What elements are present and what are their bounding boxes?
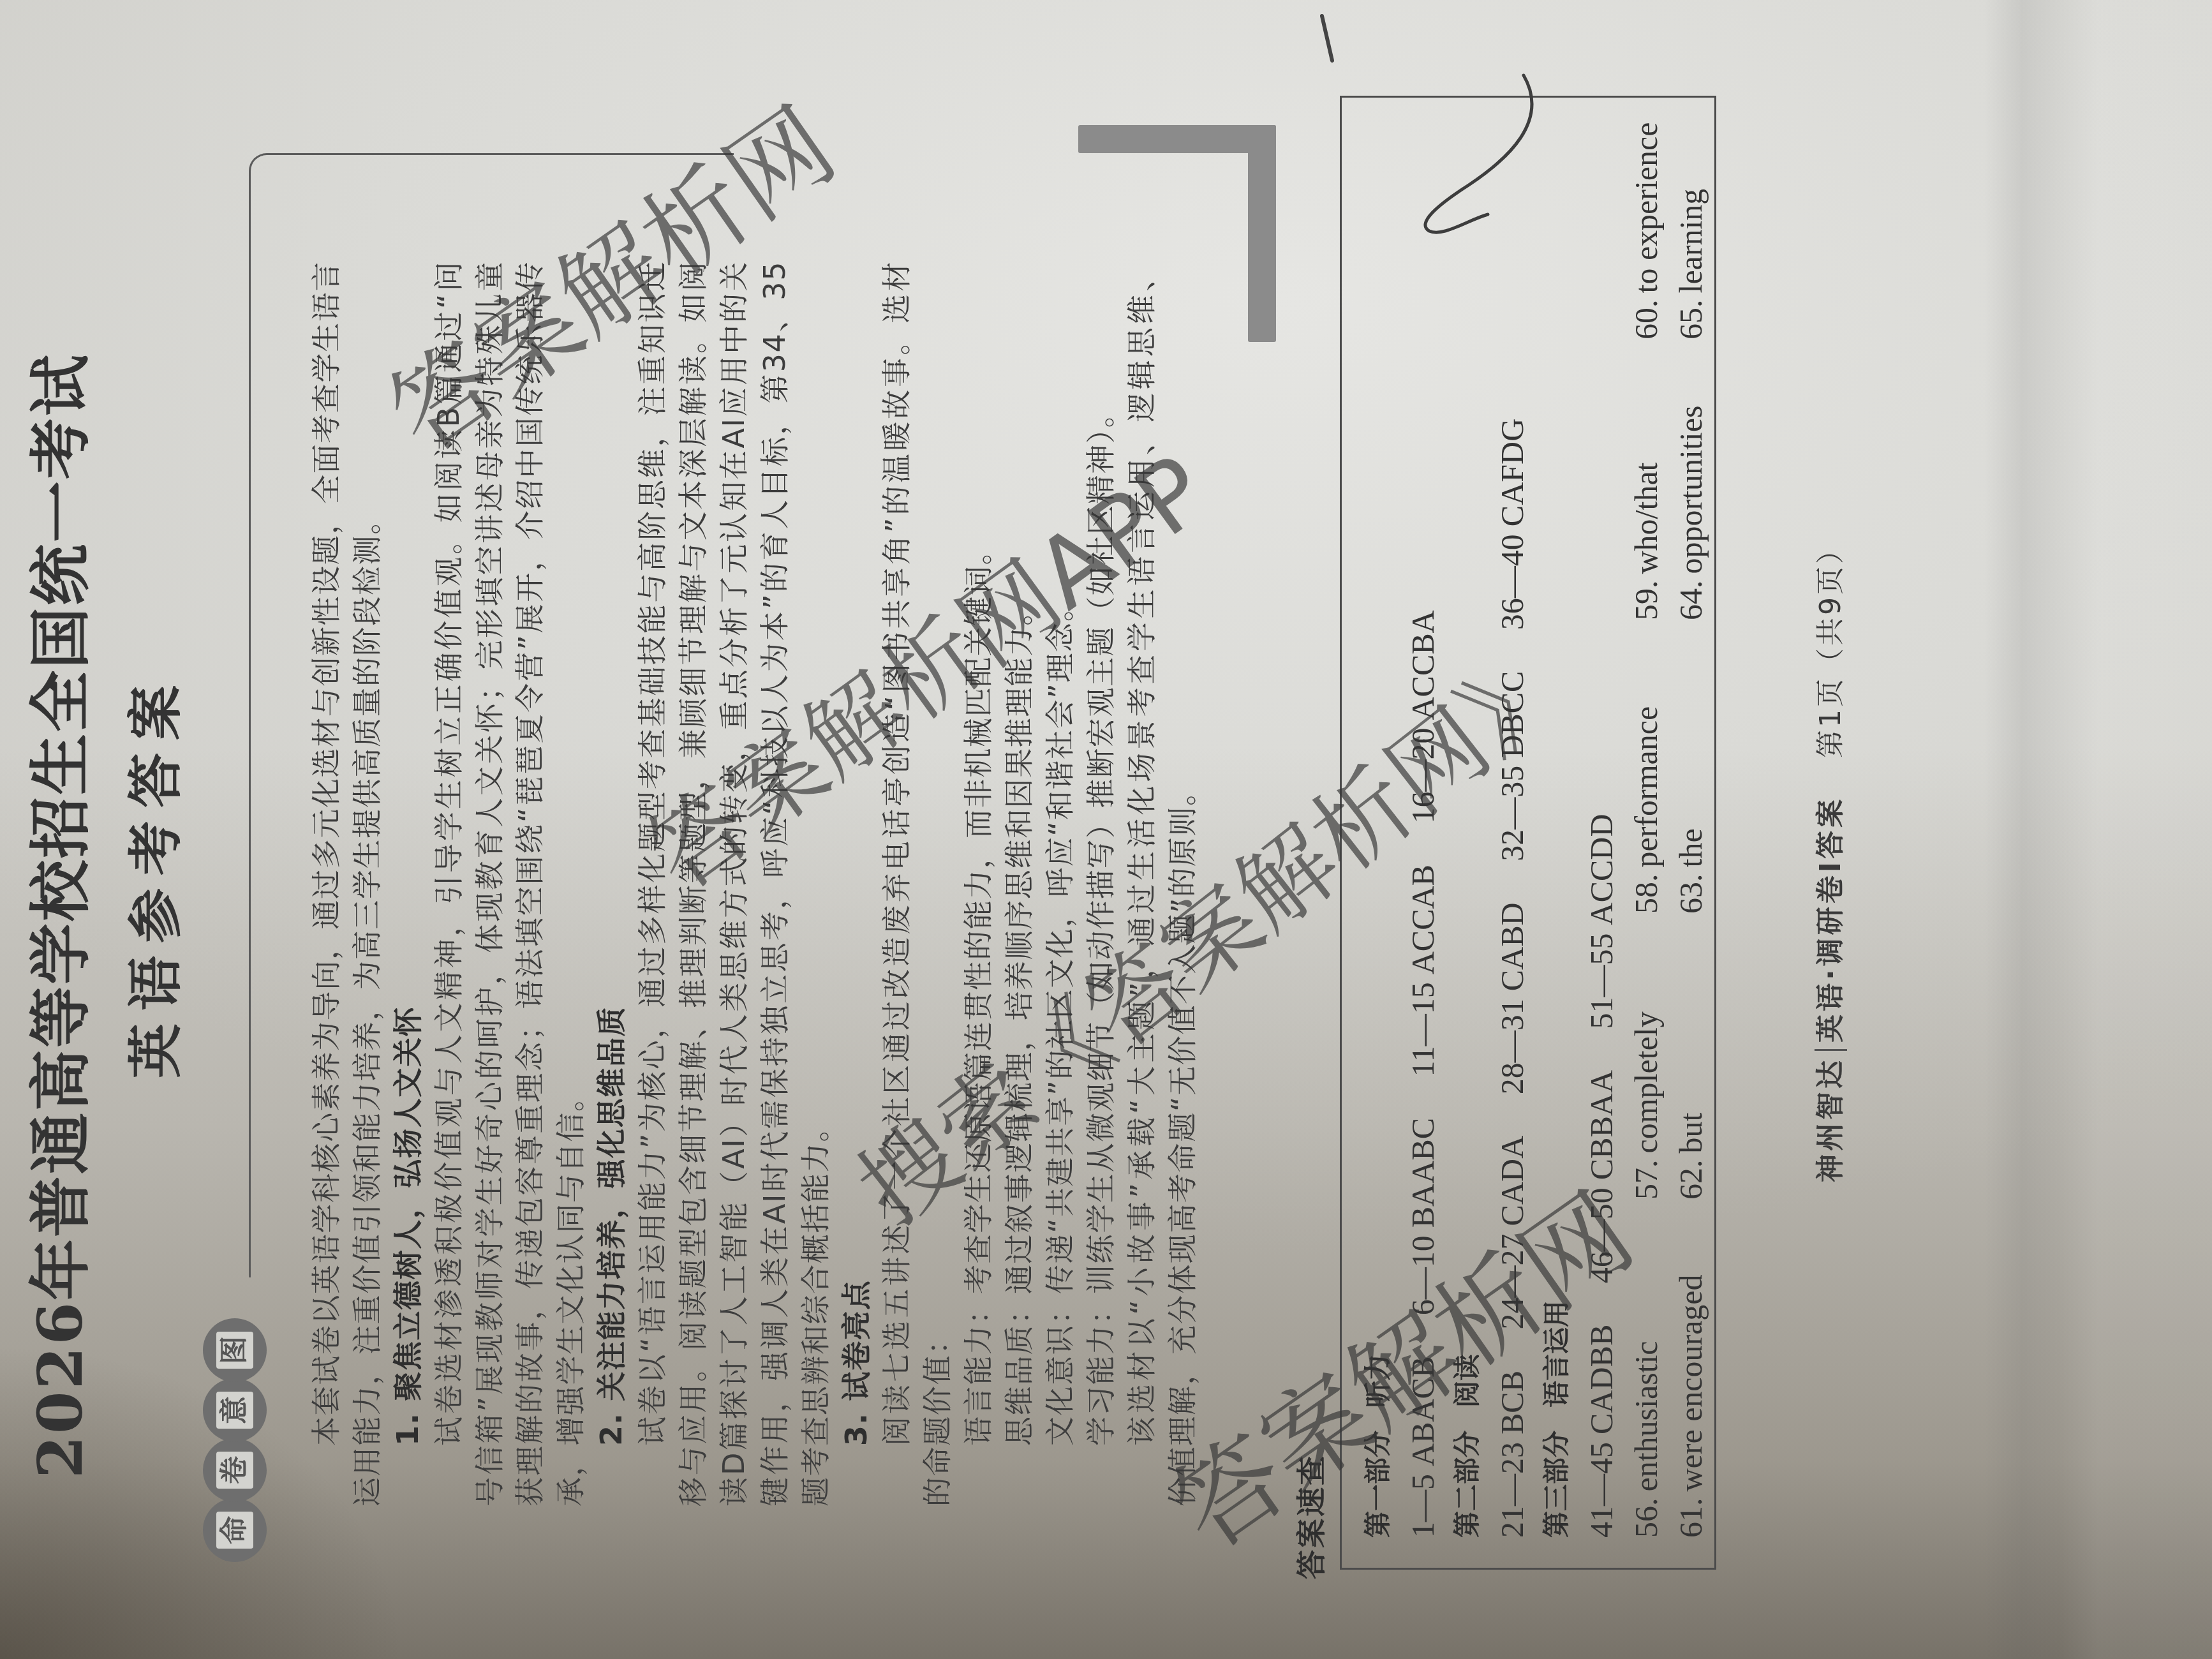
answer-letters: CADA [1494, 1136, 1530, 1226]
answer-word: the [1673, 828, 1709, 867]
footer-brand: 神州智达 [1815, 1049, 1847, 1182]
commentary-line: 试卷选材渗透积极价值观与人文精神，引导学生树立正确价值观。如阅读B篇通过“问 [429, 261, 470, 1506]
part-number: 第三部分 [1541, 1431, 1572, 1538]
answer-word: opportunities [1673, 406, 1709, 574]
fill-in-answer: 65.learning [1668, 98, 1713, 339]
answer-group: 36—40CAFDG [1494, 419, 1530, 630]
answer-row: 41—45CADBB 46—50CBBAA 51—55ACCDD [1579, 98, 1624, 1538]
commentary-line: 阅读七选五讲述了一个社区通过改造废弃电话亭创造“图书共享角”的温暖故事。选材 [877, 261, 917, 1506]
badge-char: 意 [216, 1392, 253, 1429]
badge-char: 图 [216, 1332, 253, 1369]
part-label: 第三部分语言运用 [1534, 98, 1579, 1538]
answer-group: 11—15ACCAB [1405, 865, 1441, 1076]
corner-bracket-vertical [1078, 125, 1276, 153]
answer-group: 51—55ACCDD [1584, 814, 1619, 1029]
section-heading: 3. 试卷亮点 [836, 261, 877, 1506]
commentary-body: 本套试卷以英语学科核心素养为导向，通过多元化选材与创新性设题，全面考查学生语言 … [306, 261, 1203, 1506]
question-range: 1—5 [1405, 1474, 1441, 1538]
answer-group: 41—45CADBB [1584, 1325, 1619, 1538]
footer-paper-name: 英语·调研卷Ⅰ答案 [1815, 796, 1847, 1043]
commentary-line: 读D篇探讨了人工智能（AI）时代人类思维方式的转变，重点分析了元认知在AI应用中… [714, 261, 755, 1506]
answer-letters: BCB [1494, 1371, 1530, 1434]
answer-group: 32—35DBCC [1494, 671, 1530, 861]
answer-word: enthusiastic [1628, 1341, 1664, 1491]
commentary-line: 该选材以“小故事”承载“大主题”，通过生活化场景考查学生语言运用、逻辑思维、 [1122, 261, 1162, 1506]
page-number: 第1页（共9页） [1815, 533, 1847, 758]
commentary-line: 价值理解，充分体现高考命题“无价值不入题”的原则。 [1162, 261, 1203, 1506]
question-number: 61. [1673, 1498, 1709, 1538]
part-name: 语言运用 [1541, 1300, 1572, 1408]
answer-letters: DBCC [1494, 671, 1530, 758]
answer-group: 24—27CADA [1494, 1136, 1530, 1330]
answer-letters: BAABC [1405, 1118, 1441, 1228]
answer-letters: CABD [1494, 902, 1530, 991]
answer-word: who/that [1628, 463, 1664, 574]
commentary-line: 语言能力：考查学生还原语篇连贯性的能力，而非机械匹配关键词。 [958, 261, 999, 1506]
badge-circle: 卷 [203, 1438, 267, 1502]
commentary-line: 的命题价值： [917, 261, 958, 1506]
answer-word: performance [1628, 706, 1664, 868]
question-range: 6—10 [1405, 1235, 1441, 1315]
answer-word: completely [1628, 1011, 1664, 1153]
question-number: 58. [1628, 874, 1664, 914]
answer-row: 21—23BCB 24—27CADA 28—31CABD 32—35DBCC 3… [1490, 98, 1534, 1538]
question-number: 56. [1628, 1498, 1664, 1538]
page-footer: 神州智达英语·调研卷Ⅰ答案第1页（共9页） [1815, 533, 1847, 1182]
fill-in-answer: 61.were encouraged [1668, 1200, 1713, 1538]
commentary-line: 本套试卷以英语学科核心素养为导向，通过多元化选材与创新性设题，全面考查学生语言 [306, 261, 347, 1506]
question-range: 46—50 [1584, 1187, 1619, 1283]
answer-key-heading: 答案速查 [1295, 1454, 1327, 1579]
fill-in-answer: 60.to experience [1624, 98, 1668, 339]
section-heading: 2. 关注能力培养，强化思维品质 [591, 261, 632, 1506]
intent-badge: 命 卷 意 图 [203, 1322, 267, 1562]
commentary-line: 键作用，强调人类在AI时代需保持独立思考，呼应“科技以人为本”的育人目标，第34… [755, 261, 796, 1506]
commentary-line: 号信箱”展现教师对学生好奇心的呵护，体现教育人文关怀；完形填空讲述母亲为特殊儿童 [470, 261, 510, 1506]
part-name: 阅读 [1451, 1354, 1483, 1408]
commentary-line: 学习能力：训练学生从微观细节（如动作描写）推断宏观主题（如社区精神）。 [1081, 261, 1122, 1506]
fill-in-answer: 62.but [1668, 914, 1713, 1200]
question-range: 32—35 [1494, 766, 1530, 861]
answer-word: learning [1673, 189, 1709, 294]
badge-char: 卷 [216, 1452, 253, 1489]
part-number: 第一部分 [1362, 1431, 1393, 1538]
question-range: 11—15 [1405, 982, 1441, 1076]
answer-key-box: 第一部分听力 1—5ABACB 6—10BAABC 11—15ACCAB 16—… [1340, 96, 1716, 1570]
answer-letters: ACCDD [1584, 814, 1619, 925]
answer-group: 6—10BAABC [1405, 1118, 1441, 1315]
fill-in-answer: 64.opportunities [1668, 339, 1713, 620]
badge-circle: 意 [203, 1378, 267, 1442]
question-range: 21—23 [1494, 1442, 1530, 1538]
corner-bracket-horizontal [1248, 125, 1276, 342]
commentary-line: 承，增强学生文化认同与自信。 [551, 261, 591, 1506]
answer-letters: ACCAB [1405, 865, 1441, 974]
section-heading: 1. 聚焦立德树人，弘扬人文关怀 [388, 261, 429, 1506]
fill-in-answer: 59.who/that [1624, 339, 1668, 620]
answer-letters: ABACB [1405, 1357, 1441, 1466]
answer-word: but [1673, 1113, 1709, 1154]
fill-in-answer: 57.completely [1624, 914, 1668, 1200]
commentary-line: 试卷以“语言运用能力”为核心，通过多样化题型考查基础技能与高阶思维，注重知识迁 [632, 261, 673, 1506]
commentary-line: 文化意识：传递“共建共享”的社区文化，呼应“和谐社会”理念。 [1040, 261, 1081, 1506]
question-range: 28—31 [1494, 999, 1530, 1094]
fill-in-row: 56.enthusiastic 57.completely 58.perform… [1624, 98, 1668, 1538]
answer-word: to experience [1628, 123, 1664, 294]
question-number: 57. [1628, 1160, 1664, 1200]
question-number: 63. [1673, 874, 1709, 914]
question-range: 16—20 [1405, 728, 1441, 824]
answer-group: 1—5ABACB [1405, 1357, 1441, 1538]
part-label: 第二部分阅读 [1445, 98, 1490, 1538]
fill-in-row: 61.were encouraged 62.but 63.the 64.oppo… [1668, 98, 1713, 1538]
answer-sheet-page: 2026年普通高等学校招生全国统一考试 英语参考答案 命 卷 意 图 本套试卷以… [0, 0, 2212, 1659]
badge-char: 命 [216, 1512, 253, 1549]
question-range: 41—45 [1584, 1442, 1619, 1538]
exam-title: 2026年普通高等学校招生全国统一考试 [24, 172, 97, 1659]
question-number: 60. [1628, 300, 1664, 340]
question-number: 59. [1628, 581, 1664, 621]
answer-letters: ACCBA [1405, 610, 1441, 720]
answer-word: were encouraged [1673, 1274, 1709, 1491]
commentary-line: 移与应用。阅读题型包含细节理解、推理判断等题型，兼顾细节理解与文本深层解读。如阅 [673, 261, 714, 1506]
commentary-line: 获理解的故事，传递包容尊重理念；语法填空围绕“琵琶夏令营”展开，介绍中国传统乐器… [510, 261, 551, 1506]
question-range: 24—27 [1494, 1233, 1530, 1329]
commentary-line: 运用能力，注重价值引领和能力培养，为高三学生提供高质量的阶段检测。 [347, 261, 388, 1506]
document-subtitle: 英语参考答案 [124, 105, 188, 1659]
commentary-line: 思维品质：通过叙事逻辑梳理，培养顺序思维和因果推理能力。 [999, 261, 1040, 1506]
answer-group: 46—50CBBAA [1584, 1070, 1619, 1283]
badge-circle: 命 [203, 1498, 267, 1562]
question-number: 62. [1673, 1160, 1709, 1200]
question-number: 64. [1673, 581, 1709, 621]
commentary-line: 题考查思辨和综合概括能力。 [796, 261, 836, 1506]
answer-row: 1—5ABACB 6—10BAABC 11—15ACCAB 16—20ACCBA [1400, 98, 1445, 1538]
badge-circle: 图 [203, 1318, 267, 1382]
question-range: 51—55 [1584, 933, 1619, 1029]
answer-group: 28—31CABD [1494, 902, 1530, 1094]
part-label: 第一部分听力 [1356, 98, 1400, 1538]
question-range: 36—40 [1494, 534, 1530, 630]
part-name: 听力 [1362, 1354, 1393, 1408]
answer-letters: CAFDG [1494, 419, 1530, 526]
fill-in-answer: 63.the [1668, 620, 1713, 914]
answer-group: 21—23BCB [1494, 1371, 1530, 1538]
answer-letters: CADBB [1584, 1325, 1619, 1434]
part-number: 第二部分 [1451, 1431, 1483, 1538]
answer-group: 16—20ACCBA [1405, 610, 1441, 823]
fill-in-answer: 56.enthusiastic [1624, 1200, 1668, 1538]
fill-in-answer: 58.performance [1624, 620, 1668, 914]
question-number: 65. [1673, 300, 1709, 340]
answer-letters: CBBAA [1584, 1070, 1619, 1180]
